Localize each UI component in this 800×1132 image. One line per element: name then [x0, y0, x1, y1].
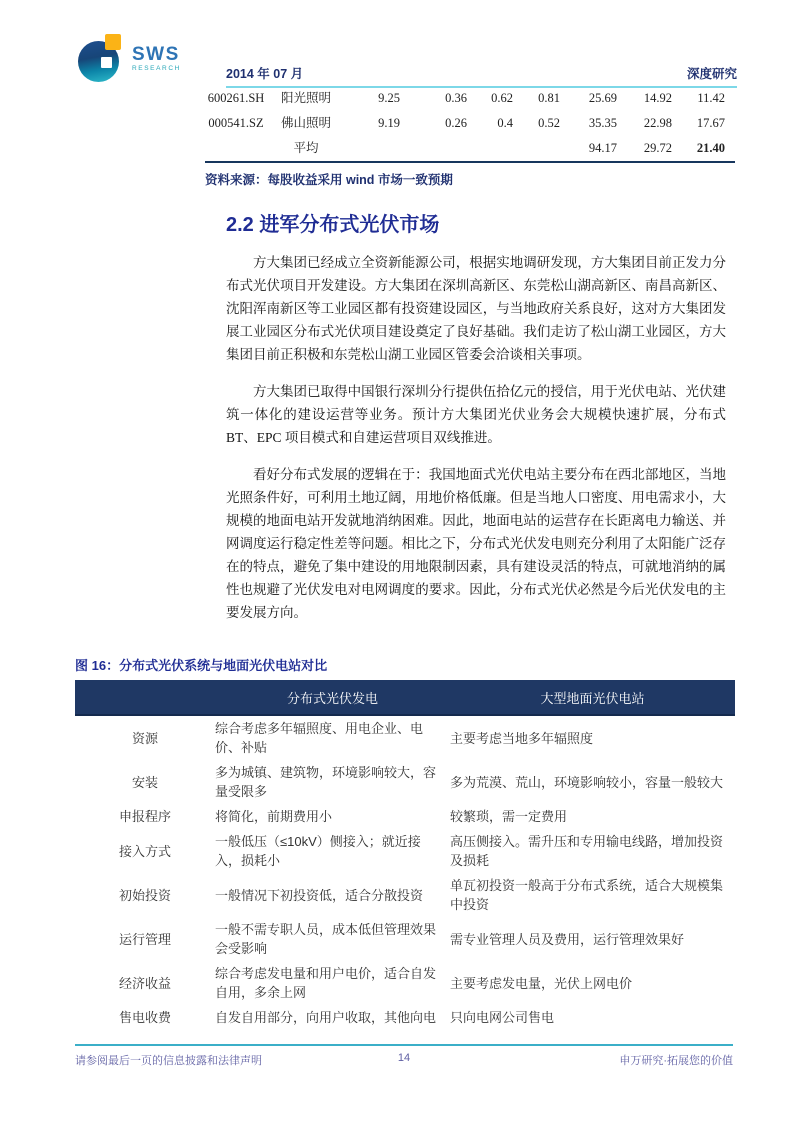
- logo-sublabel: RESEARCH: [132, 65, 181, 72]
- table-row: 资源 综合考虑多年辐照度、用电企业、电价、补贴 主要考虑当地多年辐照度: [75, 715, 735, 760]
- cell-ground: 多为荒漠、荒山，环境影响较小，容量一般较大: [450, 760, 735, 804]
- table-value: 94.17: [562, 136, 619, 161]
- cell-distributed: 一般不需专职人员，成本低但管理效果会受影响: [215, 917, 450, 961]
- stock-code: 000541.SZ: [205, 111, 267, 136]
- row-label: 资源: [75, 715, 215, 760]
- cell-ground: 较繁琐，需一定费用: [450, 804, 735, 829]
- table-row: 600261.SH 阳光照明 9.25 0.36 0.62 0.81 25.69…: [205, 86, 735, 111]
- stock-valuation-table: 600261.SH 阳光照明 9.25 0.36 0.62 0.81 25.69…: [205, 86, 735, 163]
- table-value: 29.72: [619, 136, 674, 161]
- table-value: 14.92: [619, 86, 674, 111]
- table-value: 9.25: [345, 86, 402, 111]
- cell-ground: 高压侧接入。需升压和专用输电线路，增加投资及损耗: [450, 829, 735, 873]
- row-label: 运行管理: [75, 917, 215, 961]
- table-value: 35.35: [562, 111, 619, 136]
- report-type-label: 深度研究: [687, 64, 737, 82]
- cell-ground: 主要考虑发电量，光伏上网电价: [450, 961, 735, 1005]
- table-row: 接入方式 一般低压（≤10kV）侧接入；就近接入，损耗小 高压侧接入。需升压和专…: [75, 829, 735, 873]
- table-row-average: 平均 94.17 29.72 21.40: [205, 136, 735, 161]
- cell-ground: 单瓦初投资一般高于分布式系统，适合大规模集中投资: [450, 873, 735, 917]
- paragraph: 方大集团已取得中国银行深圳分行提供伍拾亿元的授信，用于光伏电站、光伏建筑一体化的…: [226, 380, 726, 449]
- table-value: 0.26: [402, 111, 469, 136]
- table-row: 初始投资 一般情况下初投资低，适合分散投资 单瓦初投资一般高于分布式系统，适合大…: [75, 873, 735, 917]
- row-label: 安装: [75, 760, 215, 804]
- source-note: 资料来源：每股收益采用 wind 市场一致预期: [205, 170, 453, 188]
- table-row: 安装 多为城镇、建筑物，环境影响较大，容量受限多 多为荒漠、荒山，环境影响较小，…: [75, 760, 735, 804]
- row-label: 接入方式: [75, 829, 215, 873]
- table-value: [402, 136, 469, 161]
- table-row: 000541.SZ 佛山照明 9.19 0.26 0.4 0.52 35.35 …: [205, 111, 735, 136]
- stock-name: 阳光照明: [267, 86, 345, 111]
- page-footer: 请参阅最后一页的信息披露和法律声明 申万研究·拓展您的价值 14: [75, 1044, 733, 1068]
- stock-code: [205, 136, 267, 161]
- stock-code: 600261.SH: [205, 86, 267, 111]
- table-row: 运行管理 一般不需专职人员，成本低但管理效果会受影响 需专业管理人员及费用，运行…: [75, 917, 735, 961]
- cell-distributed: 一般情况下初投资低，适合分散投资: [215, 873, 450, 917]
- table-value: 0.36: [402, 86, 469, 111]
- table-value: 0.52: [515, 111, 562, 136]
- logo-yellow-square-icon: [105, 34, 121, 50]
- table-row: 经济收益 综合考虑发电量和用户电价，适合自发自用，多余上网 主要考虑发电量，光伏…: [75, 961, 735, 1005]
- table-header-row: 分布式光伏发电 大型地面光伏电站: [75, 680, 735, 715]
- cell-distributed: 自发自用部分，向用户收取，其他向电: [215, 1005, 450, 1030]
- column-header-distributed: 分布式光伏发电: [215, 680, 450, 715]
- table-row: 售电收费 自发自用部分，向用户收取，其他向电 只向电网公司售电: [75, 1005, 735, 1030]
- page-header: 2014 年 07 月 深度研究: [226, 56, 737, 88]
- table-row: 申报程序 将简化，前期费用小 较繁琐，需一定费用: [75, 804, 735, 829]
- cell-ground: 主要考虑当地多年辐照度: [450, 715, 735, 760]
- table-value: [515, 136, 562, 161]
- table-value: 25.69: [562, 86, 619, 111]
- figure-title: 图 16：分布式光伏系统与地面光伏电站对比: [75, 655, 735, 674]
- cell-ground: 只向电网公司售电: [450, 1005, 735, 1030]
- cell-distributed: 多为城镇、建筑物，环境影响较大，容量受限多: [215, 760, 450, 804]
- table-value: 0.4: [469, 111, 515, 136]
- row-label: 申报程序: [75, 804, 215, 829]
- table-value: 11.42: [674, 86, 735, 111]
- table-value: 9.19: [345, 111, 402, 136]
- stock-name: 佛山照明: [267, 111, 345, 136]
- cell-distributed: 一般低压（≤10kV）侧接入；就近接入，损耗小: [215, 829, 450, 873]
- table-value-highlight: 21.40: [674, 136, 735, 161]
- table-value: 22.98: [619, 111, 674, 136]
- table-value: 0.62: [469, 86, 515, 111]
- report-date: 2014 年 07 月: [226, 64, 303, 82]
- row-label: 经济收益: [75, 961, 215, 1005]
- average-label: 平均: [267, 136, 345, 161]
- cell-ground: 需专业管理人员及费用，运行管理效果好: [450, 917, 735, 961]
- cell-distributed: 综合考虑多年辐照度、用电企业、电价、补贴: [215, 715, 450, 760]
- sws-logo: SWS RESEARCH: [78, 34, 181, 84]
- logo-text: SWS RESEARCH: [132, 46, 181, 72]
- logo-notch-icon: [101, 57, 112, 68]
- cell-distributed: 将简化，前期费用小: [215, 804, 450, 829]
- sws-logo-icon: [78, 34, 126, 84]
- cell-distributed: 综合考虑发电量和用户电价，适合自发自用，多余上网: [215, 961, 450, 1005]
- paragraph: 方大集团已经成立全资新能源公司，根据实地调研发现，方大集团目前正发力分布式光伏项…: [226, 251, 726, 366]
- row-label: 售电收费: [75, 1005, 215, 1030]
- page-number: 14: [75, 1052, 733, 1064]
- row-label: 初始投资: [75, 873, 215, 917]
- column-header-ground: 大型地面光伏电站: [450, 680, 735, 715]
- section-body: 方大集团已经成立全资新能源公司，根据实地调研发现，方大集团目前正发力分布式光伏项…: [226, 251, 726, 638]
- column-header-blank: [75, 680, 215, 715]
- section-heading: 2.2 进军分布式光伏市场: [226, 208, 439, 237]
- figure-16-table: 分布式光伏发电 大型地面光伏电站 资源 综合考虑多年辐照度、用电企业、电价、补贴…: [75, 680, 735, 1030]
- table-value: [345, 136, 402, 161]
- table-value: 17.67: [674, 111, 735, 136]
- logo-wordmark: SWS: [132, 46, 181, 64]
- paragraph: 看好分布式发展的逻辑在于：我国地面式光伏电站主要分布在西北部地区，当地光照条件好…: [226, 463, 726, 624]
- report-page: SWS RESEARCH 2014 年 07 月 深度研究 600261.SH …: [0, 0, 800, 1132]
- figure-16-block: 图 16：分布式光伏系统与地面光伏电站对比 分布式光伏发电 大型地面光伏电站 资…: [75, 655, 735, 1030]
- table-value: [469, 136, 515, 161]
- table-value: 0.81: [515, 86, 562, 111]
